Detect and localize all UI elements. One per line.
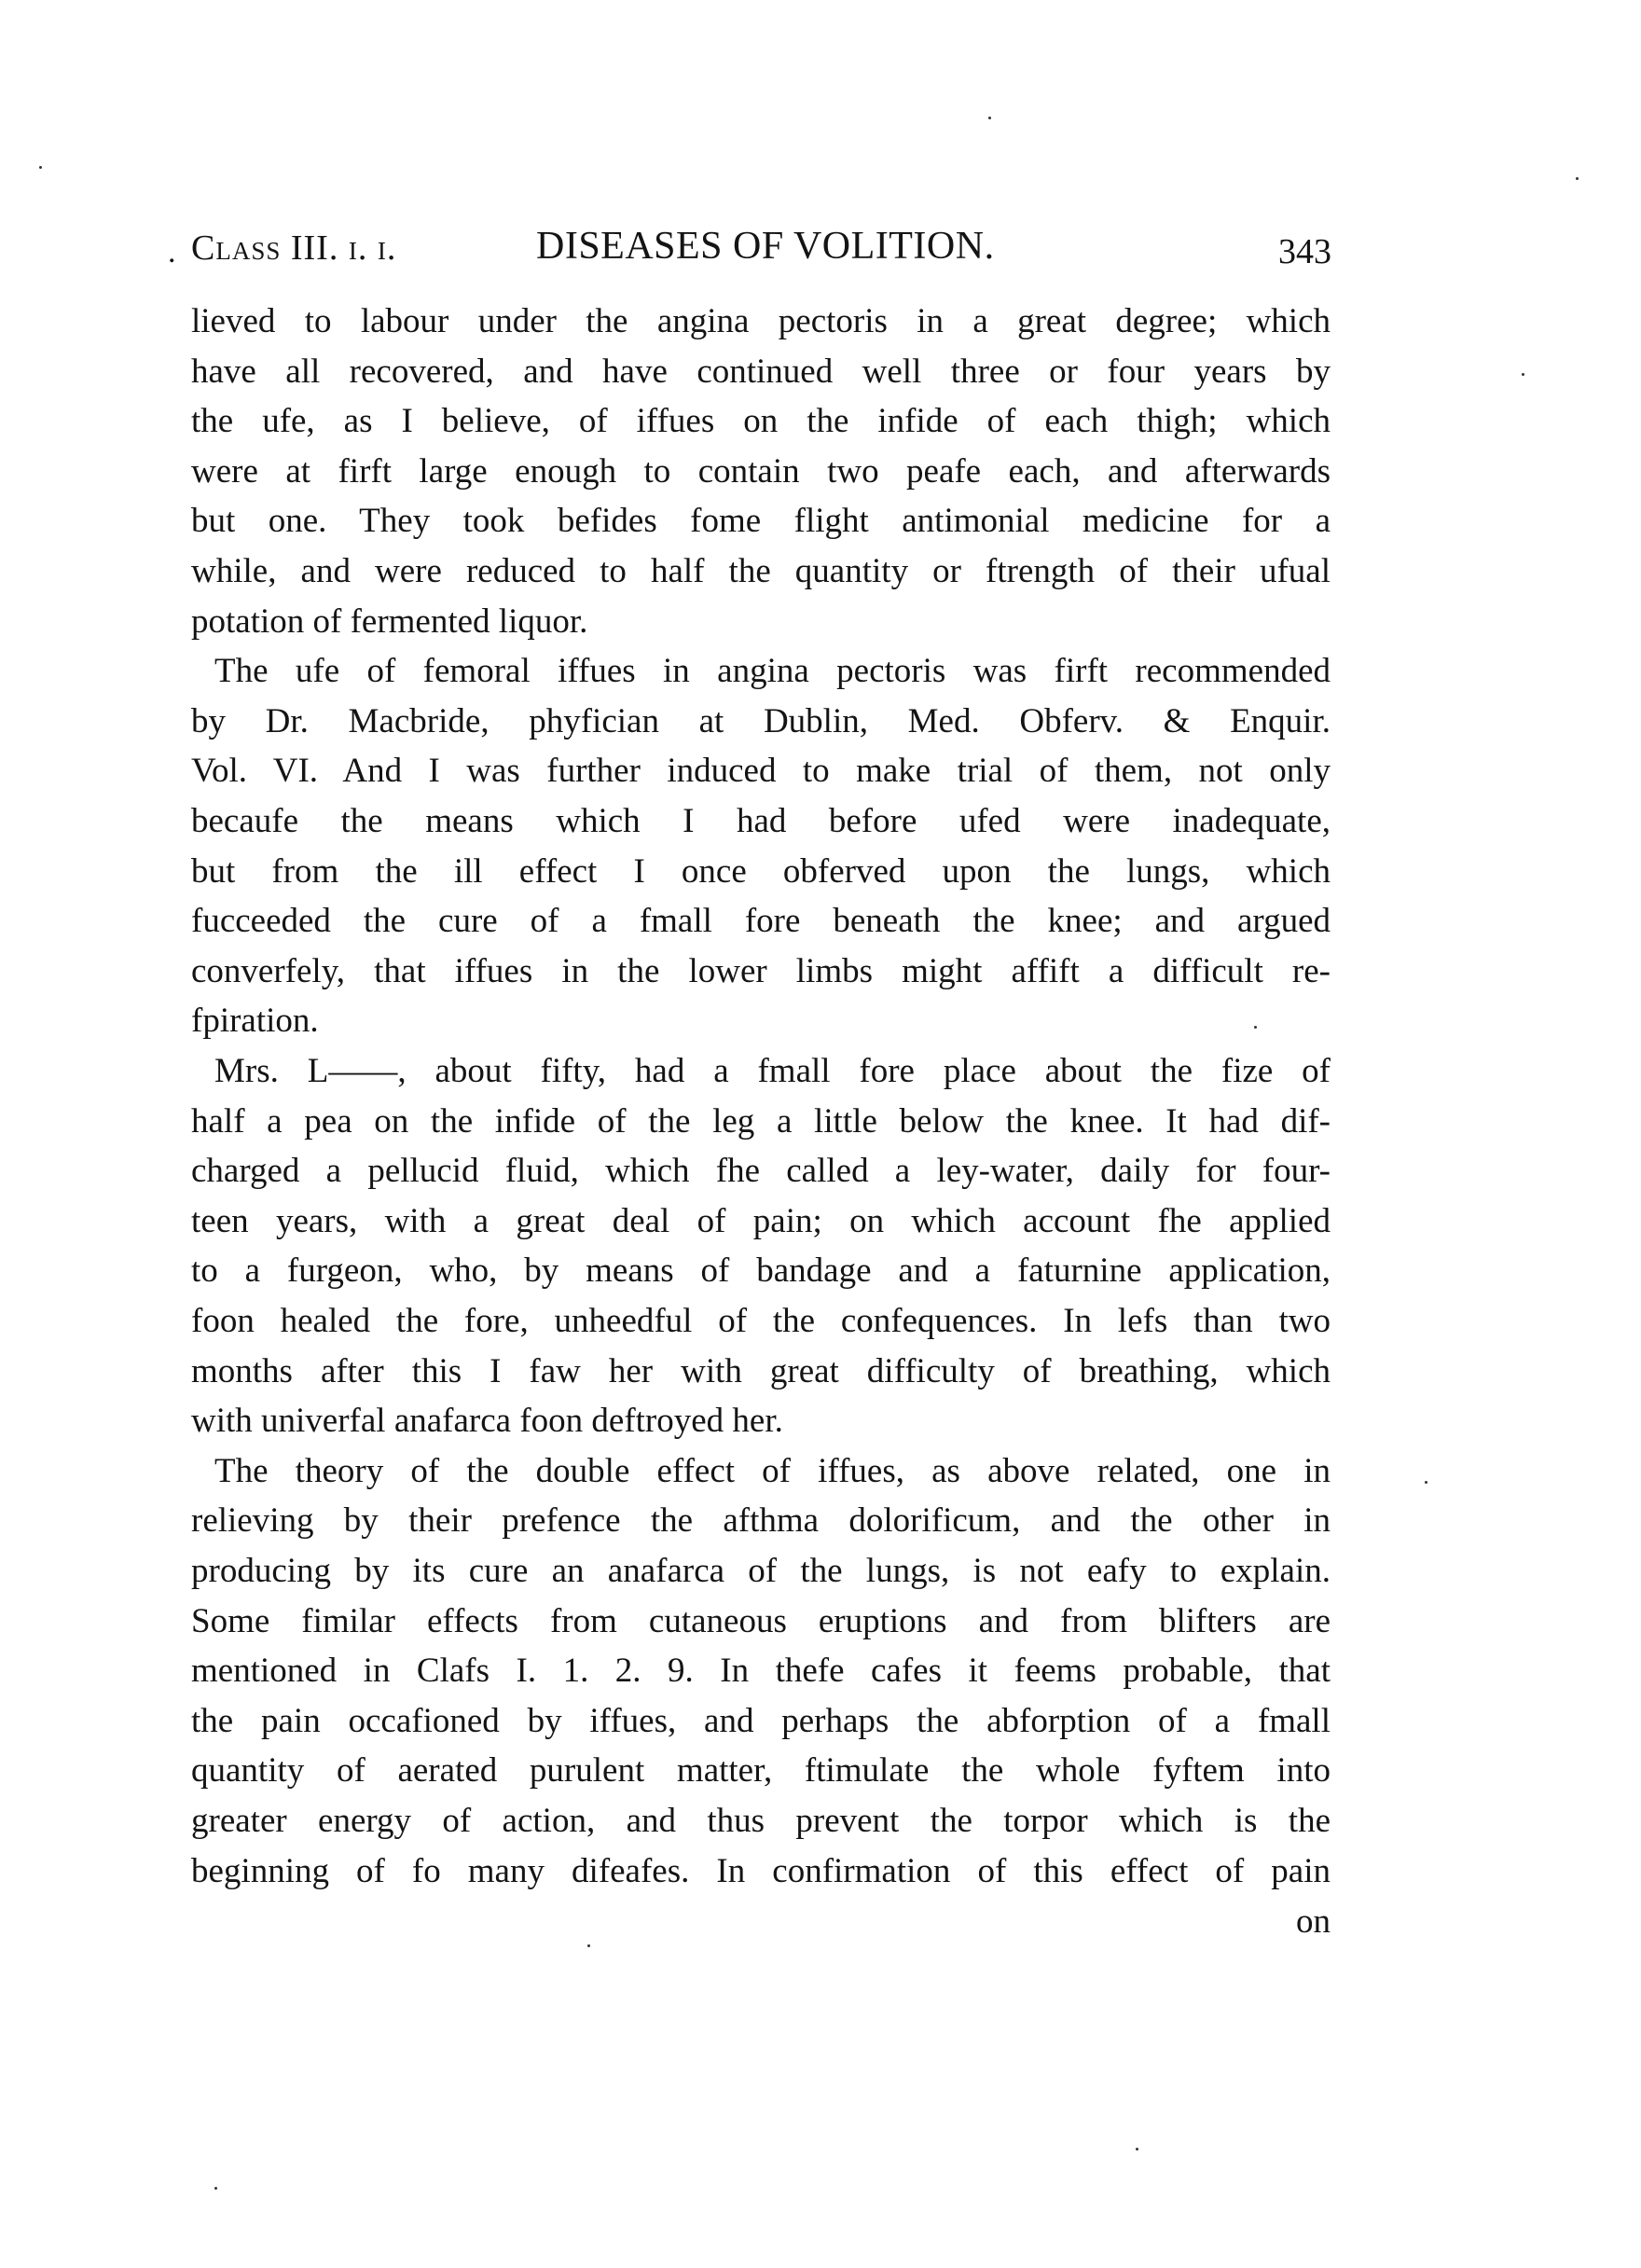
- text-line: with univerfal anafarca foon deftroyed h…: [191, 1396, 1331, 1446]
- text-line: by Dr. Macbride, phyfician at Dublin, Me…: [191, 697, 1331, 747]
- text-line: have all recovered, and have continued w…: [191, 347, 1331, 397]
- scan-speck: [39, 166, 42, 169]
- scan-speck: [1425, 1481, 1427, 1484]
- text-line: charged a pellucid fluid, which fhe call…: [191, 1146, 1331, 1196]
- text-line: foon healed the fore, unheedful of the c…: [191, 1296, 1331, 1347]
- text-line: teen years, with a great deal of pain; o…: [191, 1196, 1331, 1247]
- text-line: Mrs. L——, about fifty, had a fmall fore …: [214, 1046, 1331, 1097]
- text-line: to a furgeon, who, by means of bandage a…: [191, 1246, 1331, 1296]
- scan-speck: [1254, 1026, 1257, 1029]
- page-number: 343: [1278, 231, 1331, 272]
- text-line: fpiration.: [191, 996, 1331, 1046]
- scan-speck: [587, 1944, 590, 1947]
- text-line: lieved to labour under the angina pector…: [191, 297, 1331, 347]
- scan-speck: [214, 2187, 217, 2190]
- text-line: producing by its cure an anafarca of the…: [191, 1546, 1331, 1597]
- text-line: while, and were reduced to half the quan…: [191, 546, 1331, 597]
- header-bullet: .: [168, 235, 176, 270]
- scan-speck: [1136, 2148, 1138, 2150]
- text-line: the pain occafioned by iffues, and perha…: [191, 1696, 1331, 1747]
- text-line: relieving by their prefence the afthma d…: [191, 1496, 1331, 1546]
- book-page: . Class III. i. i. DISEASES OF VOLITION.…: [0, 0, 1641, 2268]
- text-line: greater energy of action, and thus preve…: [191, 1796, 1331, 1846]
- catchword: on: [191, 1897, 1331, 1947]
- text-line: fucceeded the cure of a fmall fore benea…: [191, 896, 1331, 947]
- text-line: converfely, that iffues in the lower lim…: [191, 947, 1331, 997]
- header-section-reference: Class III. i. i.: [191, 228, 396, 269]
- text-line: months after this I faw her with great d…: [191, 1347, 1331, 1397]
- text-line: but from the ill effect I once obferved …: [191, 847, 1331, 897]
- text-line: Vol. VI. And I was further induced to ma…: [191, 746, 1331, 796]
- running-header: . Class III. i. i. DISEASES OF VOLITION.…: [168, 224, 1333, 280]
- text-line: quantity of aerated purulent matter, fti…: [191, 1746, 1331, 1796]
- scan-speck: [1522, 373, 1524, 376]
- text-line: Some fimilar effects from cutaneous erup…: [191, 1597, 1331, 1647]
- text-line: beginning of fo many difeafes. In confir…: [191, 1846, 1331, 1897]
- text-line: were at firft large enough to contain tw…: [191, 447, 1331, 497]
- text-line: mentioned in Clafs I. 1. 2. 9. In thefe …: [191, 1646, 1331, 1696]
- text-line: but one. They took befides fome flight a…: [191, 496, 1331, 546]
- text-line: becaufe the means which I had before ufe…: [191, 796, 1331, 847]
- text-line: The ufe of femoral iffues in angina pect…: [214, 646, 1331, 697]
- scan-speck: [988, 117, 991, 119]
- text-line: half a pea on the infide of the leg a li…: [191, 1097, 1331, 1147]
- text-line: The theory of the double effect of iffue…: [214, 1446, 1331, 1497]
- scan-speck: [1576, 177, 1579, 180]
- header-title: DISEASES OF VOLITION.: [536, 224, 995, 269]
- text-line: potation of fermented liquor.: [191, 597, 1331, 647]
- text-line: the ufe, as I believe, of iffues on the …: [191, 396, 1331, 447]
